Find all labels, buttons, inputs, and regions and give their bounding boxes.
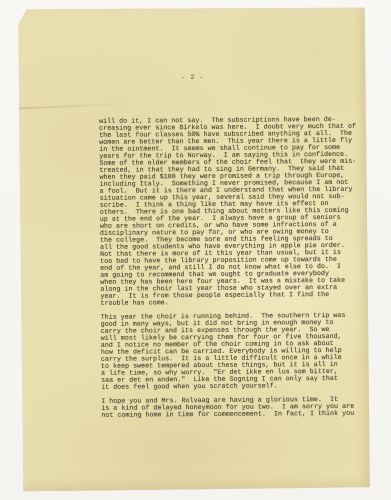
letter-body: will do it, I can not say. The subscript… — [99, 117, 365, 427]
paragraph: will do it, I can not say. The subscript… — [99, 117, 364, 308]
paragraph: This year the choir is running behind. T… — [101, 313, 366, 392]
text-line: it does feel good when you scratch yours… — [101, 383, 365, 392]
letter-page: - 2 - will do it, I can not say. The sub… — [18, 7, 370, 492]
paper-crease — [19, 102, 139, 109]
text-line: trouble has come. — [100, 299, 364, 308]
text-line: not coming home in time for commencement… — [101, 411, 365, 420]
scanned-letter-background: - 2 - will do it, I can not say. The sub… — [0, 0, 391, 500]
page-number: - 2 - — [19, 73, 367, 84]
paragraph: I hope you and Mrs. Rolvaag are having a… — [101, 397, 365, 420]
